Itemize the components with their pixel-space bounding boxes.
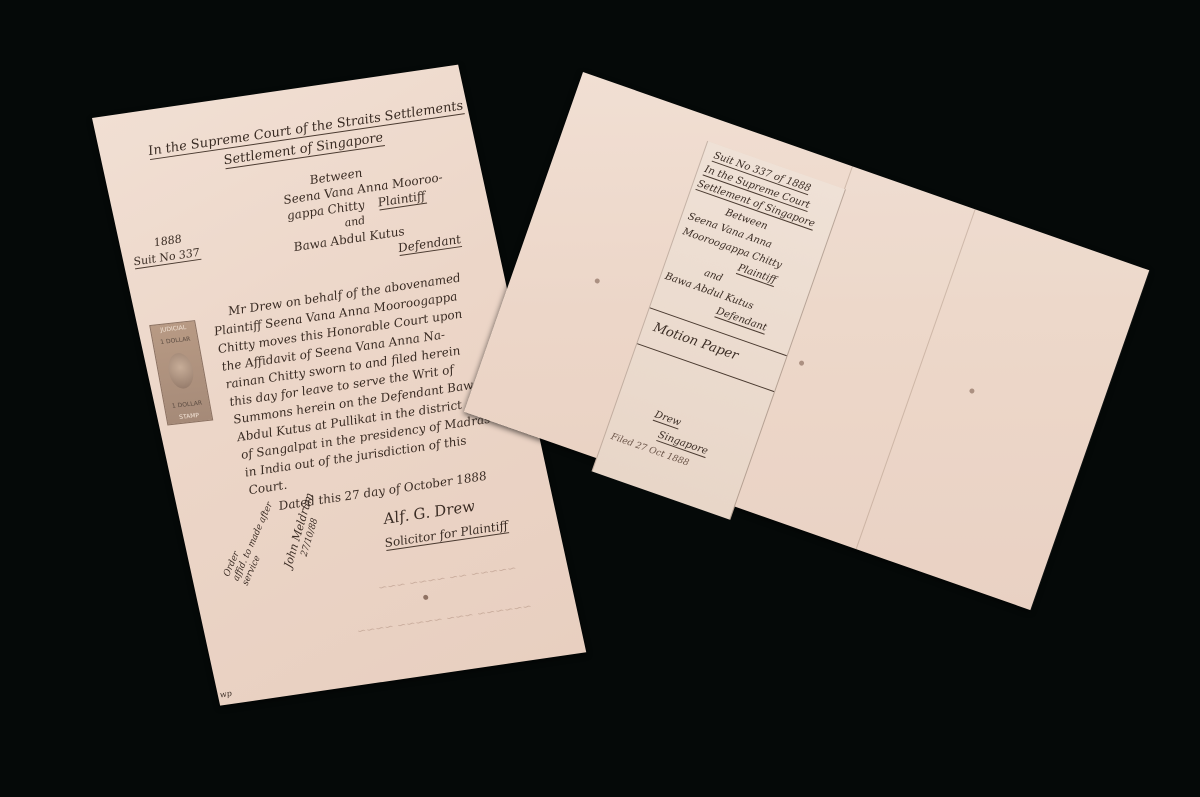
foxing-spot	[594, 278, 600, 284]
margin-order-note: Order affid. to made after service	[222, 496, 284, 587]
bleed-through-text: ~~~ ~~~~ ~~ ~~~~~	[377, 562, 518, 595]
motion-paper-title: Motion Paper	[651, 320, 740, 364]
solicitor-signature: Alf. G. Drew	[382, 497, 477, 528]
suit-number: Suit No 337	[132, 246, 201, 269]
stamp-bottom-text: STAMP	[167, 411, 212, 423]
stamp-value-top: 1 DOLLAR	[153, 335, 198, 347]
defendant-label: Defendant	[397, 232, 463, 256]
docket-defendant-label: Defendant	[714, 306, 768, 335]
foxing-spot	[423, 595, 429, 601]
docket-and: and	[703, 268, 724, 285]
and-label: and	[343, 214, 366, 230]
judicial-stamp: JUDICIAL 1 DOLLAR 1 DOLLAR STAMP	[149, 320, 213, 425]
stamp-top-text: JUDICIAL	[151, 323, 196, 335]
bleed-through-text: ~~~~ ~~~~~ ~~~ ~~~~~~	[356, 600, 533, 638]
stamp-value-bottom: 1 DOLLAR	[165, 399, 210, 411]
corner-mark: wp	[219, 689, 233, 700]
docket-solicitor: Drew	[653, 409, 683, 429]
suit-year: 1888	[153, 232, 183, 249]
body-line: Court.	[247, 478, 288, 497]
folded-motion-paper: Suit No 337 of 1888 In the Supreme Court…	[464, 72, 1149, 610]
queen-portrait-icon	[166, 352, 196, 390]
